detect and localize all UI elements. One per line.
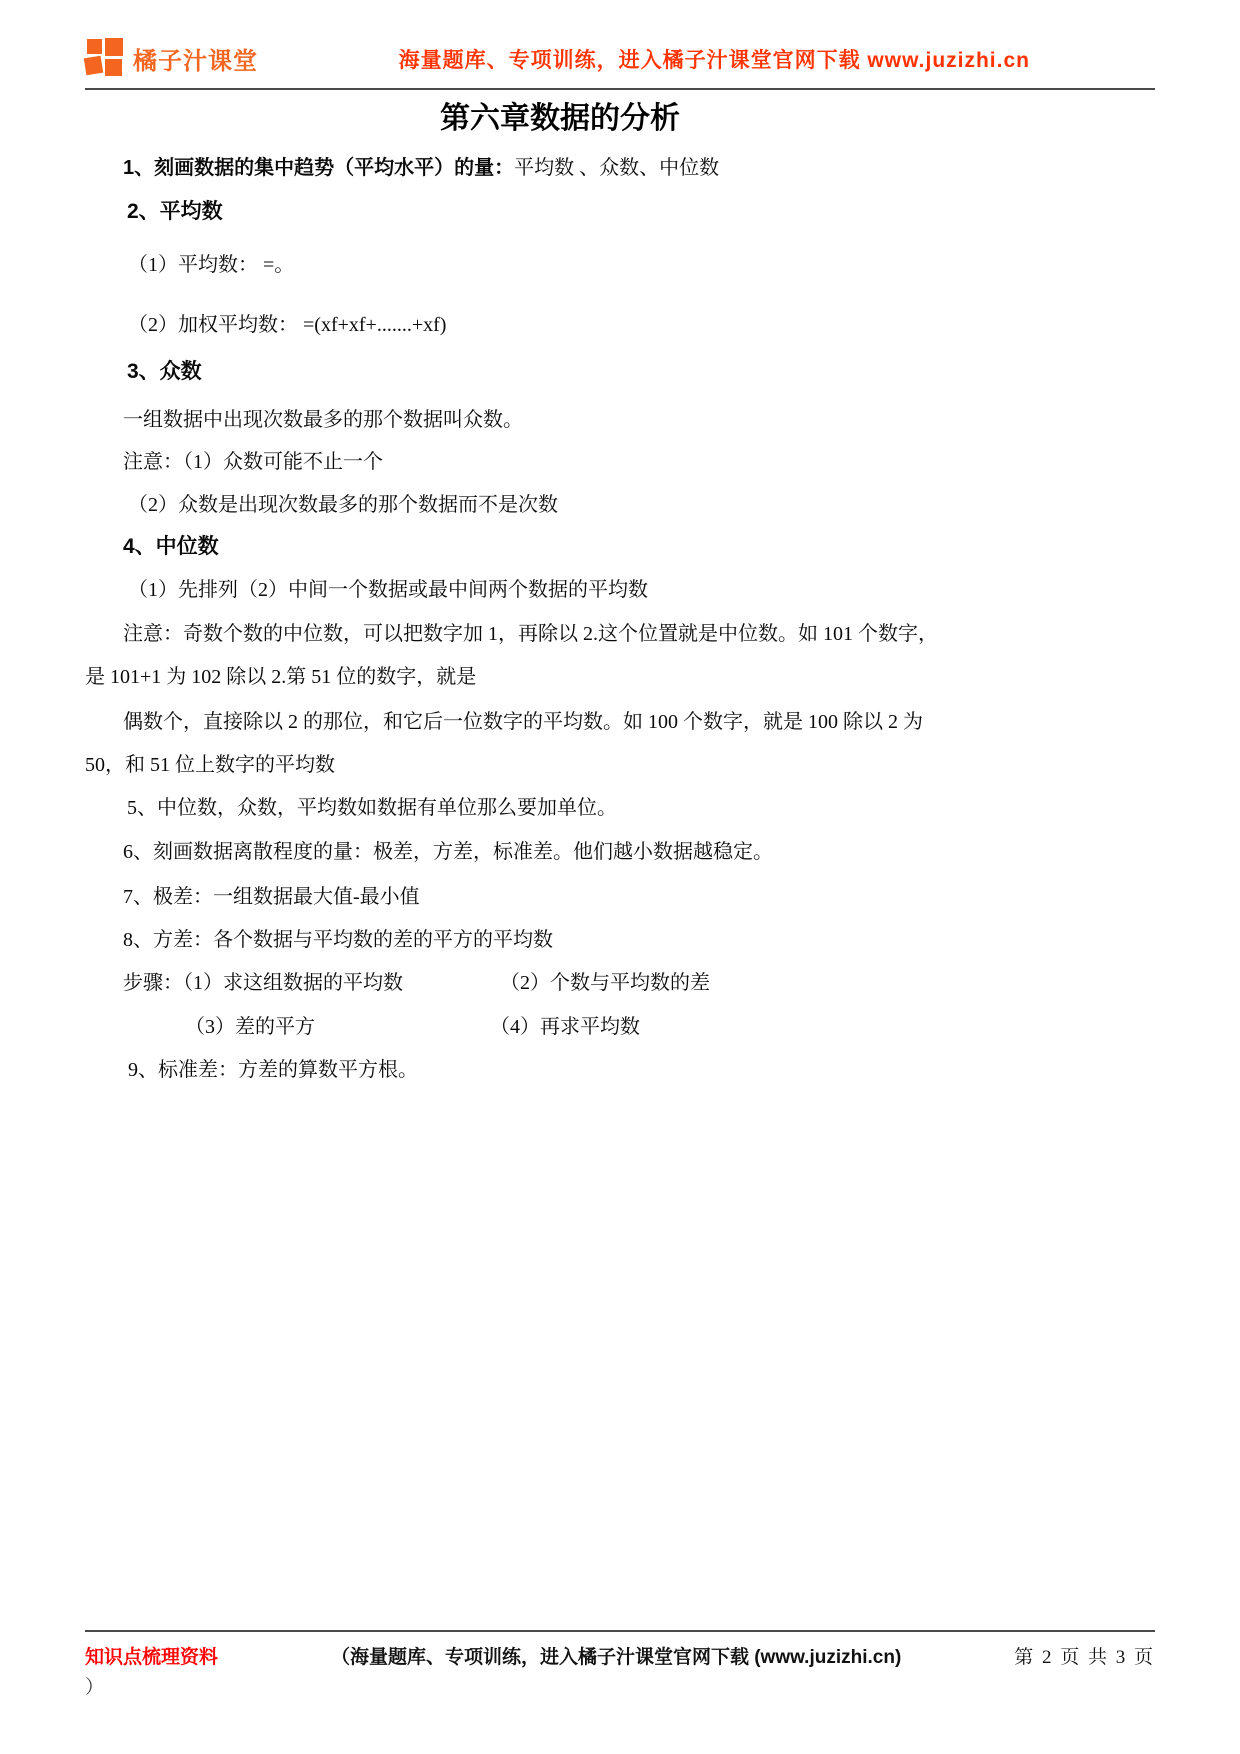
median-note-4: 50，和 51 位上数字的平均数	[85, 749, 335, 781]
mode-definition: 一组数据中出现次数最多的那个数据叫众数。	[123, 404, 523, 436]
variance-step-2: （2）个数与平均数的差	[500, 972, 710, 994]
footer-promo-text: （海量题库、专项训练，进入橘子汁课堂官网下载 (www.juzizhi.cn)	[218, 1642, 1014, 1669]
variance-step-1: 步骤：（1）求这组数据的平均数	[123, 967, 500, 999]
mode-note-2: （2）众数是出现次数最多的那个数据而不是次数	[128, 489, 558, 521]
footer-row: 知识点梳理资料 （海量题库、专项训练，进入橘子汁课堂官网下载 (www.juzi…	[85, 1642, 1155, 1669]
heading-mode: 3、众数	[127, 356, 202, 388]
variance-steps-row-1: 步骤：（1）求这组数据的平均数（2）个数与平均数的差	[123, 967, 710, 999]
mode-note-1: 注意：（1）众数可能不止一个	[123, 446, 383, 478]
footer-label: 知识点梳理资料	[85, 1642, 218, 1669]
variance-step-3: （3）差的平方	[185, 1011, 490, 1043]
item-1: 1、刻画数据的集中趋势（平均水平）的量：平均数 、众数、中位数	[123, 152, 719, 184]
header-divider	[85, 88, 1155, 90]
average-def-1: （1）平均数： =。	[128, 249, 294, 281]
median-note-2: 是 101+1 为 102 除以 2.第 51 位的数字，就是	[85, 661, 476, 693]
median-note-3: 偶数个，直接除以 2 的那位，和它后一位数字的平均数。如 100 个数字，就是 …	[123, 706, 923, 738]
item-7: 7、极差：一组数据最大值-最小值	[123, 881, 420, 913]
median-note-1: 注意：奇数个数的中位数，可以把数字加 1，再除以 2.这个位置就是中位数。如 1…	[123, 618, 938, 650]
item-1-rest: 平均数 、众数、中位数	[514, 157, 719, 179]
variance-step-4: （4）再求平均数	[490, 1016, 640, 1038]
document-page: 橘子汁课堂 海量题库、专项训练，进入橘子汁课堂官网下载 www.juzizhi.…	[0, 0, 1240, 1754]
average-def-2: （2）加权平均数： =(xf+xf+.......+xf)	[128, 309, 446, 341]
heading-median: 4、中位数	[123, 531, 219, 563]
page-title: 第六章数据的分析	[0, 93, 1120, 137]
item-5: 5、中位数，众数，平均数如数据有单位那么要加单位。	[127, 792, 617, 824]
footer-page-number: 第 2 页 共 3 页	[1014, 1642, 1155, 1669]
footer-divider	[85, 1630, 1155, 1632]
median-def: （1）先排列（2）中间一个数据或最中间两个数据的平均数	[128, 574, 648, 606]
item-6: 6、刻画数据离散程度的量：极差，方差，标准差。他们越小数据越稳定。	[123, 836, 773, 868]
header-logo: 橘子汁课堂	[85, 38, 258, 78]
item-8: 8、方差：各个数据与平均数的差的平方的平均数	[123, 924, 553, 956]
heading-average: 2、平均数	[127, 196, 223, 228]
header-promo-text: 海量题库、专项训练，进入橘子汁课堂官网下载 www.juzizhi.cn	[399, 44, 1030, 74]
item-9: 9、标准差：方差的算数平方根。	[128, 1054, 418, 1086]
footer-wrapped-paren: ）	[85, 1672, 104, 1699]
variance-steps-row-2: （3）差的平方（4）再求平均数	[185, 1011, 640, 1043]
item-1-lead: 1、刻画数据的集中趋势（平均水平）的量：	[123, 157, 514, 179]
brand-squares-icon	[85, 38, 125, 78]
brand-name: 橘子汁课堂	[133, 41, 258, 76]
